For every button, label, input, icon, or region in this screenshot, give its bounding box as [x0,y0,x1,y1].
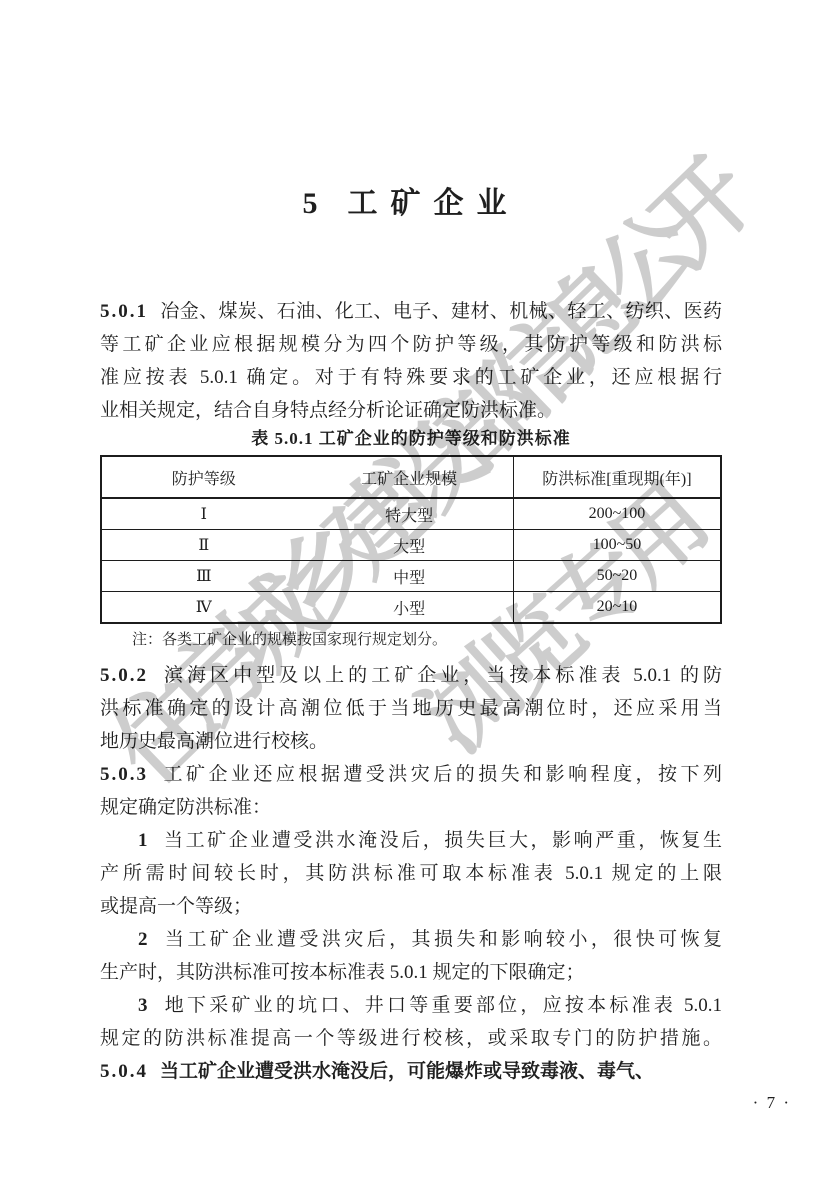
table-header-row: 防护等级 工矿企业规模 防洪标准[重现期(年)] [101,456,721,498]
item-number: 2 [138,929,150,950]
clause-number: 5.0.3 [100,764,148,785]
document-page: 住房城乡建设部信息公开 浏览专用 5工矿企业 5.0.1冶金、煤炭、石油、化工、… [0,0,827,1199]
list-item-3: 3地下采矿业的坑口、井口等重要部位，应按本标准表 5.0.1 规定的防洪标准提高… [100,989,722,1055]
clause-5-0-3: 5.0.3工矿企业还应根据遭受洪灾后的损失和影响程度，按下列 规定确定防洪标准： [100,758,722,824]
list-item-2: 2当工矿企业遭受洪灾后，其损失和影响较小，很快可恢复 生产时，其防洪标准可按本标… [100,923,722,989]
text-line: 5.0.4当工矿企业遭受洪水淹没后，可能爆炸或导致毒液、毒气、 [100,1055,722,1088]
clause-text: 当工矿企业遭受洪水淹没后，可能爆炸或导致毒液、毒气、 [160,1061,654,1082]
page-number: · 7 · [753,1093,791,1113]
text-line: 2当工矿企业遭受洪灾后，其损失和影响较小，很快可恢复 [100,923,722,956]
text-line: 或提高一个等级； [100,890,722,923]
chapter-number: 5 [303,187,318,220]
clause-number: 5.0.1 [100,301,148,322]
table-cell: 小型 [306,592,514,624]
item-text: 地下采矿业的坑口、井口等重要部位，应按本标准表 5.0.1 [162,995,723,1016]
item-number: 1 [138,830,150,851]
table-cell: 50~20 [513,561,721,592]
list-item-1: 1当工矿企业遭受洪水淹没后，损失巨大，影响严重，恢复生 产所需时间较长时，其防洪… [100,824,722,923]
item-text: 当工矿企业遭受洪水淹没后，损失巨大，影响严重，恢复生 [162,830,723,851]
item-number: 3 [138,995,150,1016]
table-row: Ⅰ 特大型 200~100 [101,498,721,530]
text-line: 规定确定防洪标准： [100,791,722,824]
text-line: 规定的防洪标准提高一个等级进行校核，或采取专门的防护措施。 [100,1022,722,1055]
table-cell: 200~100 [513,498,721,530]
page-content: 5工矿企业 5.0.1冶金、煤炭、石油、化工、电子、建材、机械、轻工、纺织、医药… [100,186,722,1088]
header-flood-standard: 防洪标准[重现期(年)] [513,456,721,498]
item-text: 当工矿企业遭受洪灾后，其损失和影响较小，很快可恢复 [162,929,723,950]
clause-text: 冶金、煤炭、石油、化工、电子、建材、机械、轻工、纺织、医药 [160,301,722,322]
clause-5-0-2: 5.0.2滨海区中型及以上的工矿企业，当按本标准表 5.0.1 的防 洪标准确定… [100,659,722,758]
table-cell: 中型 [306,561,514,592]
text-line: 5.0.3工矿企业还应根据遭受洪灾后的损失和影响程度，按下列 [100,758,722,791]
table-cell: 20~10 [513,592,721,624]
text-line: 3地下采矿业的坑口、井口等重要部位，应按本标准表 5.0.1 [100,989,722,1022]
text-line: 5.0.2滨海区中型及以上的工矿企业，当按本标准表 5.0.1 的防 [100,659,722,692]
table-caption: 表 5.0.1 工矿企业的防护等级和防洪标准 [100,427,722,451]
text-line: 洪标准确定的设计高潮位低于当地历史最高潮位时，还应采用当 [100,692,722,725]
clause-text: 工矿企业还应根据遭受洪灾后的损失和影响程度，按下列 [160,764,722,785]
text-line: 产所需时间较长时，其防洪标准可取本标准表 5.0.1 规定的上限 [100,857,722,890]
clause-number: 5.0.4 [100,1061,148,1082]
table-row: Ⅱ 大型 100~50 [101,530,721,561]
table-row: Ⅳ 小型 20~10 [101,592,721,624]
chapter-title: 5工矿企业 [100,186,722,222]
table-note: 注：各类工矿企业的规模按国家现行规定划分。 [100,630,722,650]
table-cell: 特大型 [306,498,514,530]
text-line: 1当工矿企业遭受洪水淹没后，损失巨大，影响严重，恢复生 [100,824,722,857]
table-cell: Ⅱ [101,530,306,561]
protection-grade-table: 防护等级 工矿企业规模 防洪标准[重现期(年)] Ⅰ 特大型 200~100 Ⅱ… [100,455,722,624]
clause-5-0-4: 5.0.4当工矿企业遭受洪水淹没后，可能爆炸或导致毒液、毒气、 [100,1055,722,1088]
table-cell: 100~50 [513,530,721,561]
text-line: 准应按表 5.0.1 确定。对于有特殊要求的工矿企业，还应根据行 [100,361,722,394]
table-cell: Ⅰ [101,498,306,530]
clause-text: 滨海区中型及以上的工矿企业，当按本标准表 5.0.1 的防 [160,665,722,686]
table-cell: 大型 [306,530,514,561]
text-line: 等工矿企业应根据规模分为四个防护等级，其防护等级和防洪标 [100,328,722,361]
header-enterprise-scale: 工矿企业规模 [306,456,514,498]
table-cell: Ⅳ [101,592,306,624]
clause-5-0-1: 5.0.1冶金、煤炭、石油、化工、电子、建材、机械、轻工、纺织、医药 等工矿企业… [100,295,722,427]
chapter-title-text: 工矿企业 [348,187,520,220]
text-line: 生产时，其防洪标准可按本标准表 5.0.1 规定的下限确定； [100,956,722,989]
text-line: 5.0.1冶金、煤炭、石油、化工、电子、建材、机械、轻工、纺织、医药 [100,295,722,328]
clause-number: 5.0.2 [100,665,148,686]
header-protection-grade: 防护等级 [101,456,306,498]
table-row: Ⅲ 中型 50~20 [101,561,721,592]
table-cell: Ⅲ [101,561,306,592]
text-line: 业相关规定，结合自身特点经分析论证确定防洪标准。 [100,394,722,427]
text-line: 地历史最高潮位进行校核。 [100,725,722,758]
